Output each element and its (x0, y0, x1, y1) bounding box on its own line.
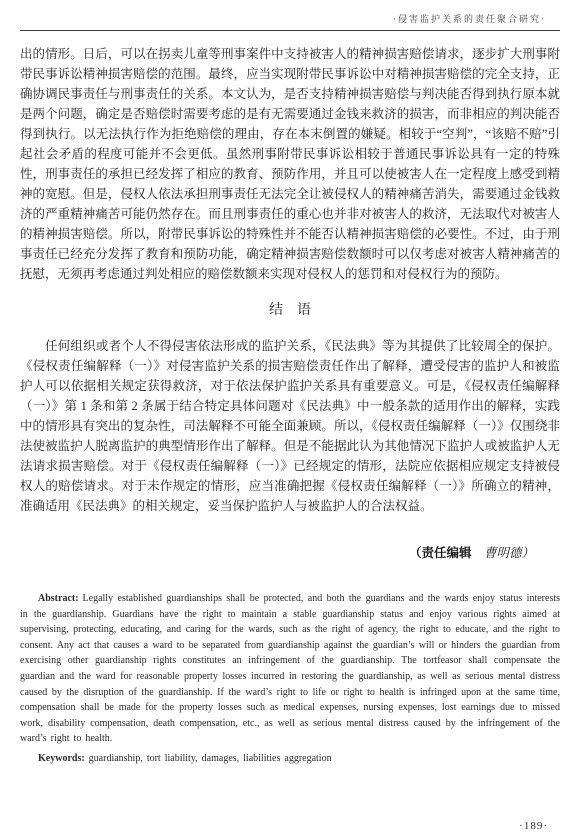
header-rule (20, 30, 560, 31)
page-content: ·侵害监护关系的责任聚合研究· 出的情形。日后，可以在拐卖儿童等刑事案件中支持被… (0, 0, 580, 767)
body-paragraph-continuation: 出的情形。日后，可以在拐卖儿童等刑事案件中支持被害人的精神损害赔偿请求，逐步扩大… (20, 44, 560, 284)
keywords-label: Keywords: (38, 753, 85, 764)
keywords-paragraph: Keywords:guardianship, tort liability, d… (20, 751, 560, 767)
editor-note: （责任编辑 曹明德） (20, 544, 560, 562)
body-paragraph-conclusion: 任何组织或者个人不得侵害依法形成的监护关系，《民法典》等为其提供了比较周全的保护… (20, 336, 560, 516)
section-heading-conclusion: 结 语 (20, 301, 560, 321)
abstract-label: Abstract: (38, 593, 79, 604)
english-abstract-section: Abstract:Legally established guardianshi… (20, 591, 560, 767)
page-number: ·189· (519, 820, 548, 832)
article-body: 出的情形。日后，可以在拐卖儿童等刑事案件中支持被害人的精神损害赔偿请求，逐步扩大… (20, 44, 560, 562)
abstract-text: Legally established guardianships shall … (20, 593, 560, 744)
abstract-paragraph: Abstract:Legally established guardianshi… (20, 591, 560, 747)
keywords-text: guardianship, tort liability, damages, l… (89, 753, 332, 764)
paper-page: ·侵害监护关系的责任聚合研究· 出的情形。日后，可以在拐卖儿童等刑事案件中支持被… (0, 0, 580, 839)
running-head: ·侵害监护关系的责任聚合研究· (20, 0, 560, 25)
editor-note-label: （责任编辑 (409, 546, 472, 560)
editor-name: 曹明德） (471, 546, 534, 560)
